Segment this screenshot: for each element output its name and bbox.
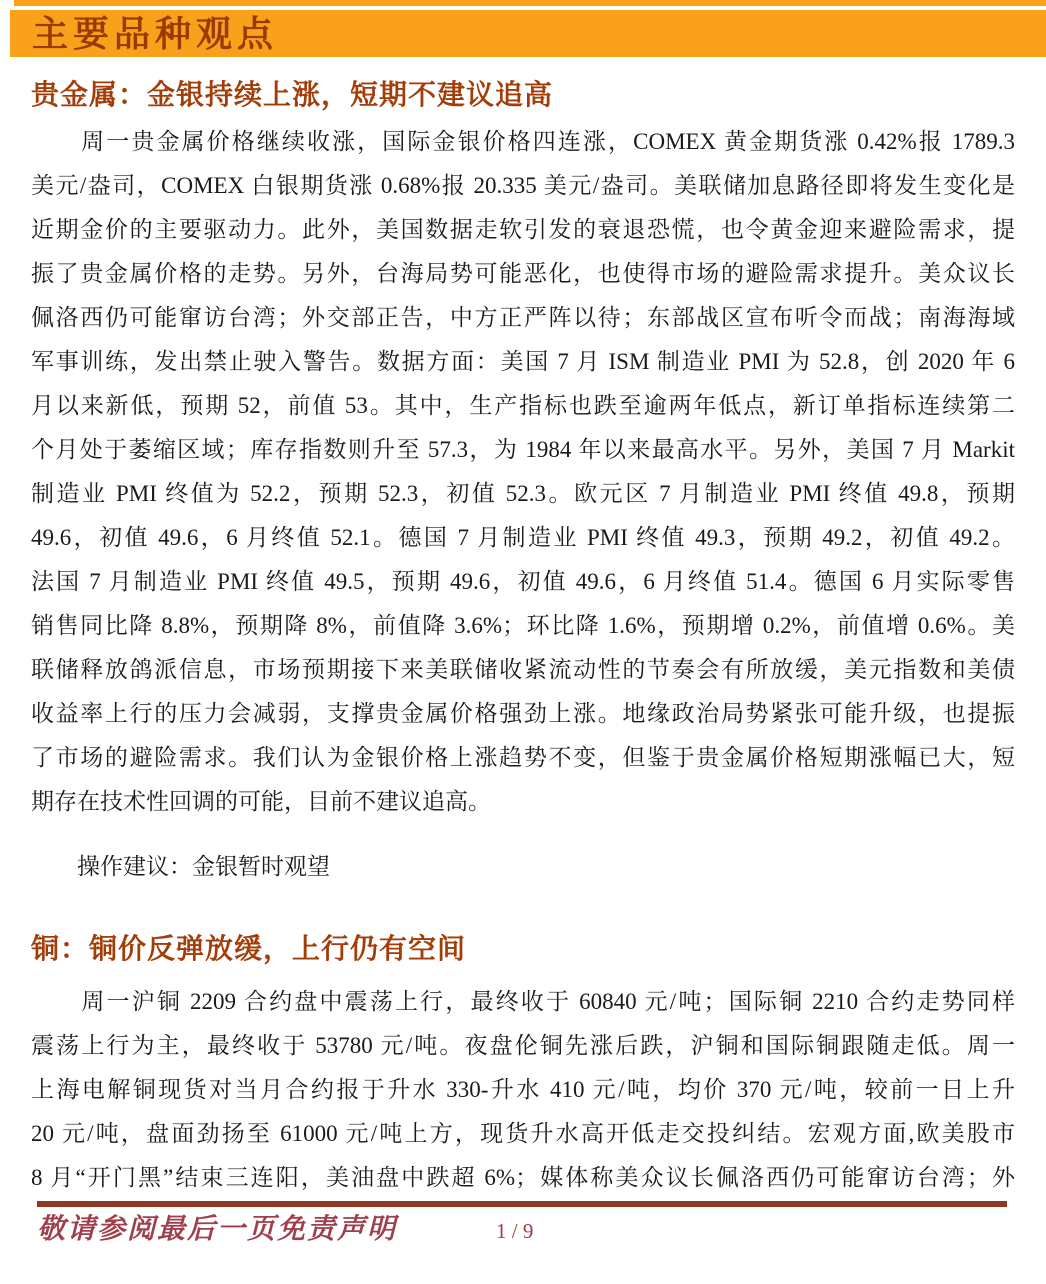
text-line: 震荡上行为主，最终收于 53780 元/吨。夜盘伦铜先涨后跌，沪铜和国际铜跟随走… (31, 1024, 1015, 1068)
copper-paragraph: 周一沪铜 2209 合约盘中震荡上行，最终收于 60840 元/吨；国际铜 22… (31, 980, 1015, 1200)
text-line: 佩洛西仍可能窜访台湾；外交部正告，中方正严阵以待；东部战区宣布听令而战；南海海域 (31, 296, 1015, 340)
precious-metals-heading: 贵金属：金银持续上涨，短期不建议追高 (31, 78, 1015, 112)
text-line: 49.6，初值 49.6，6 月终值 52.1。德国 7 月制造业 PMI 终值… (31, 516, 1015, 560)
text-line: 上海电解铜现货对当月合约报于升水 330-升水 410 元/吨，均价 370 元… (31, 1068, 1015, 1112)
text-line: 销售同比降 8.8%，预期降 8%，前值降 3.6%；环比降 1.6%，预期增 … (31, 604, 1015, 648)
text-line: 法国 7 月制造业 PMI 终值 49.5，预期 49.6，初值 49.6，6 … (31, 560, 1015, 604)
text-line: 月以来新低，预期 52，前值 53。其中，生产指标也跌至逾两年低点，新订单指标连… (31, 384, 1015, 428)
text-line: 联储释放鸽派信息，市场预期接下来美联储收紧流动性的节奏会有所放缓，美元指数和美债 (31, 648, 1015, 692)
page-number: 1 / 9 (496, 1217, 533, 1245)
banner-title: 主要品种观点 (10, 16, 278, 52)
text-line: 了市场的避险需求。我们认为金银价格上涨趋势不变，但鉴于贵金属价格短期涨幅已大，短 (31, 736, 1015, 780)
text-line: 收益率上行的压力会减弱，支撑贵金属价格强劲上涨。地缘政治局势紧张可能升级，也提振 (31, 692, 1015, 736)
copper-heading: 铜：铜价反弹放缓，上行仍有空间 (31, 932, 1015, 966)
text-line: 周一沪铜 2209 合约盘中震荡上行，最终收于 60840 元/吨；国际铜 22… (31, 980, 1015, 1024)
text-line: 8 月“开门黑”结束三连阳，美油盘中跌超 6%；媒体称美众议长佩洛西仍可能窜访台… (31, 1156, 1015, 1200)
precious-metals-paragraph: 周一贵金属价格继续收涨，国际金银价格四连涨，COMEX 黄金期货涨 0.42%报… (31, 120, 1015, 824)
footer-disclaimer: 敬请参阅最后一页免责声明 (37, 1210, 397, 1248)
text-line: 个月处于萎缩区域；库存指数则升至 57.3，为 1984 年以来最高水平。另外，… (31, 428, 1015, 472)
text-line: 制造业 PMI 终值为 52.2，预期 52.3，初值 52.3。欧元区 7 月… (31, 472, 1015, 516)
text-line: 期存在技术性回调的可能，目前不建议追高。 (31, 780, 1015, 824)
text-line: 军事训练，发出禁止驶入警告。数据方面：美国 7 月 ISM 制造业 PMI 为 … (31, 340, 1015, 384)
text-line: 振了贵金属价格的走势。另外，台海局势可能恶化，也使得市场的避险需求提升。美众议长 (31, 252, 1015, 296)
section-banner: 主要品种观点 (10, 10, 1046, 57)
text-line: 20 元/吨，盘面劲扬至 61000 元/吨上方，现货升水高开低走交投纠结。宏观… (31, 1112, 1015, 1156)
text-line: 近期金价的主要驱动力。此外，美国数据走软引发的衰退恐慌，也令黄金迎来避险需求，提 (31, 208, 1015, 252)
advice-line: 操作建议：金银暂时观望 (31, 845, 1015, 889)
text-line: 周一贵金属价格继续收涨，国际金银价格四连涨，COMEX 黄金期货涨 0.42%报… (31, 120, 1015, 164)
footer-rule (37, 1201, 1007, 1207)
top-accent-line (14, 0, 1046, 6)
text-line: 美元/盎司，COMEX 白银期货涨 0.68%报 20.335 美元/盎司。美联… (31, 164, 1015, 208)
